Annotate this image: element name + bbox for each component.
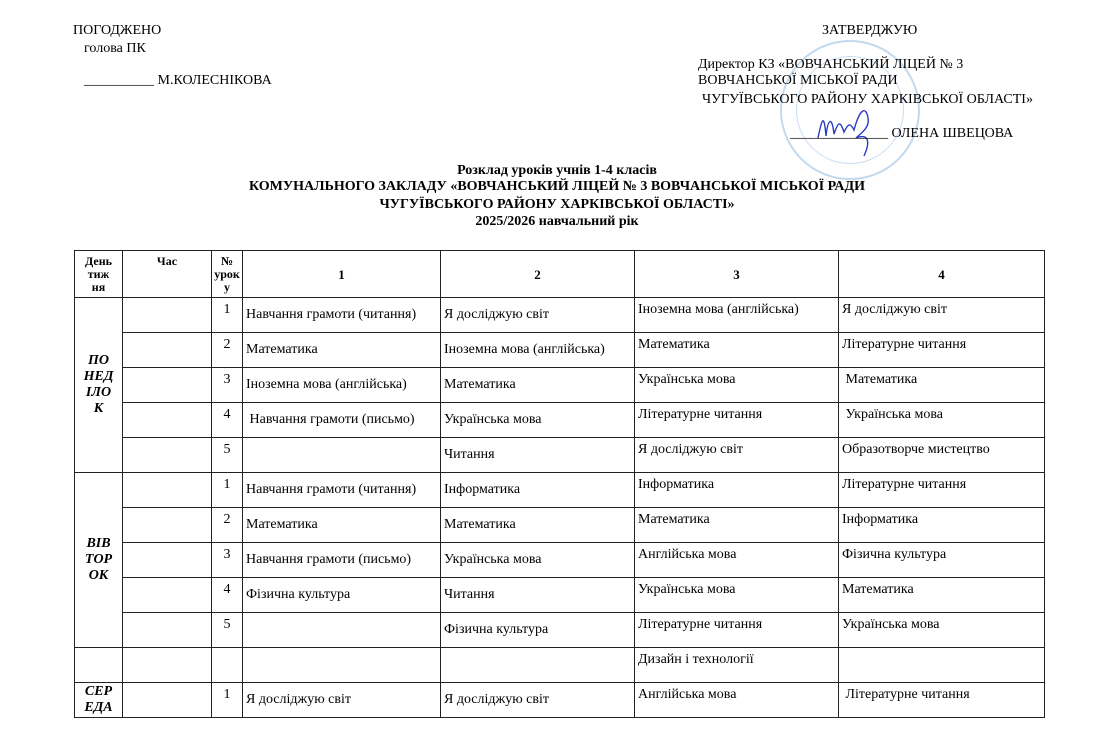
lesson-number: 4: [212, 578, 243, 613]
time-cell: [123, 473, 212, 508]
approval-right-line3: ЧУГУЇВСЬКОГО РАЙОНУ ХАРКІВСЬКОЇ ОБЛАСТІ»: [702, 92, 1033, 108]
class-2-subject: Я досліджую світ: [441, 298, 635, 333]
time-cell: [123, 298, 212, 333]
lesson-number: 1: [212, 683, 243, 718]
class-1-subject: Іноземна мова (англійська): [243, 368, 441, 403]
header-lesson-number: №уроку: [212, 251, 243, 298]
table-row: 5ЧитанняЯ досліджую світОбразотворче мис…: [75, 438, 1045, 473]
class-3-subject: Літературне читання: [635, 403, 839, 438]
class-1-subject: Навчання грамоти (письмо): [243, 403, 441, 438]
class-3-subject: Інформатика: [635, 473, 839, 508]
class-4-subject: [839, 648, 1045, 683]
class-1-subject: Математика: [243, 508, 441, 543]
lesson-number: 2: [212, 333, 243, 368]
class-4-subject: Фізична культура: [839, 543, 1045, 578]
approval-left-signature-line: __________ М.КОЛЕСНІКОВА: [84, 73, 272, 89]
class-4-subject: Я досліджую світ: [839, 298, 1045, 333]
class-2-subject: Математика: [441, 508, 635, 543]
class-2-subject: Українська мова: [441, 543, 635, 578]
class-1-subject: Я досліджую світ: [243, 683, 441, 718]
monday-section: ПОНЕДІЛОК1Навчання грамоти (читання)Я до…: [75, 298, 1045, 473]
tuesday-day-label: ВІВТОРОК: [75, 473, 123, 648]
empty-cell: [212, 648, 243, 683]
table-row: 2МатематикаМатематикаМатематикаІнформати…: [75, 508, 1045, 543]
class-2-subject: Я досліджую світ: [441, 683, 635, 718]
class-4-subject: Образотворче мистецтво: [839, 438, 1045, 473]
table-row: 3Іноземна мова (англійська)МатематикаУкр…: [75, 368, 1045, 403]
header-time: Час: [123, 251, 212, 298]
class-3-subject: Математика: [635, 508, 839, 543]
table-row: 2МатематикаІноземна мова (англійська)Мат…: [75, 333, 1045, 368]
header-class-4: 4: [839, 251, 1045, 298]
time-cell: [123, 683, 212, 718]
schedule-title: Розклад уроків учнів 1-4 класів: [0, 163, 1114, 179]
class-1-subject: [243, 613, 441, 648]
class-3-subject: Математика: [635, 333, 839, 368]
lesson-number: 1: [212, 298, 243, 333]
table-row: ПОНЕДІЛОК1Навчання грамоти (читання)Я до…: [75, 298, 1045, 333]
class-3-subject: Українська мова: [635, 578, 839, 613]
time-cell: [123, 543, 212, 578]
class-3-subject: Англійська мова: [635, 543, 839, 578]
approval-right-line2: ВОВЧАНСЬКОЇ МІСЬКОЇ РАДИ: [698, 73, 898, 89]
class-3-subject: Англійська мова: [635, 683, 839, 718]
empty-cell: [123, 648, 212, 683]
lesson-number: 3: [212, 368, 243, 403]
time-cell: [123, 508, 212, 543]
class-3-subject: Дизайн і технології: [635, 648, 839, 683]
approval-left-role: голова ПК: [84, 41, 146, 57]
class-1-subject: Навчання грамоти (читання): [243, 473, 441, 508]
time-cell: [123, 438, 212, 473]
time-cell: [123, 403, 212, 438]
extra-section: Дизайн і технології: [75, 648, 1045, 683]
table-row: 4 Навчання грамоти (письмо)Українська мо…: [75, 403, 1045, 438]
class-3-subject: Українська мова: [635, 368, 839, 403]
table-row: СЕРЕДА1Я досліджую світЯ досліджую світА…: [75, 683, 1045, 718]
header-class-3: 3: [635, 251, 839, 298]
header-row: Деньтижня Час №уроку 1 2 3 4: [75, 251, 1045, 298]
class-3-subject: Іноземна мова (англійська): [635, 298, 839, 333]
class-4-subject: Українська мова: [839, 403, 1045, 438]
approval-right-line1: Директор КЗ «ВОВЧАНСЬКИЙ ЛІЦЕЙ № 3: [698, 57, 963, 73]
class-2-subject: Читання: [441, 578, 635, 613]
class-1-subject: Навчання грамоти (письмо): [243, 543, 441, 578]
class-2-subject: Математика: [441, 368, 635, 403]
tuesday-section: ВІВТОРОК1Навчання грамоти (читання)Інфор…: [75, 473, 1045, 648]
class-4-subject: Інформатика: [839, 508, 1045, 543]
time-cell: [123, 333, 212, 368]
class-3-subject: Літературне читання: [635, 613, 839, 648]
school-name-line1: КОМУНАЛЬНОГО ЗАКЛАДУ «ВОВЧАНСЬКИЙ ЛІЦЕЙ …: [0, 179, 1114, 195]
approval-right-signature-line: ______________ ОЛЕНА ШВЕЦОВА: [790, 126, 1013, 142]
header-class-1: 1: [243, 251, 441, 298]
class-4-subject: Українська мова: [839, 613, 1045, 648]
time-cell: [123, 578, 212, 613]
class-4-subject: Літературне читання: [839, 473, 1045, 508]
class-4-subject: Математика: [839, 578, 1045, 613]
table-row: ВІВТОРОК1Навчання грамоти (читання)Інфор…: [75, 473, 1045, 508]
class-2-subject: Фізична культура: [441, 613, 635, 648]
wednesday-section: СЕРЕДА1Я досліджую світЯ досліджую світА…: [75, 683, 1045, 718]
lesson-number: 3: [212, 543, 243, 578]
lesson-number: 4: [212, 403, 243, 438]
lesson-number: 5: [212, 613, 243, 648]
approval-left-heading: ПОГОДЖЕНО: [73, 23, 161, 39]
empty-cell: [75, 648, 123, 683]
header-day: Деньтижня: [75, 251, 123, 298]
class-4-subject: Математика: [839, 368, 1045, 403]
class-3-subject: Я досліджую світ: [635, 438, 839, 473]
school-name-line2: ЧУГУЇВСЬКОГО РАЙОНУ ХАРКІВСЬКОЇ ОБЛАСТІ»: [0, 197, 1114, 213]
class-1-subject: Навчання грамоти (читання): [243, 298, 441, 333]
lesson-number: 1: [212, 473, 243, 508]
monday-day-label: ПОНЕДІЛОК: [75, 298, 123, 473]
class-2-subject: Інформатика: [441, 473, 635, 508]
time-cell: [123, 613, 212, 648]
schedule-table: Деньтижня Час №уроку 1 2 3 4 ПОНЕДІЛОК1Н…: [74, 250, 1045, 718]
class-1-subject: [243, 648, 441, 683]
class-1-subject: Фізична культура: [243, 578, 441, 613]
class-1-subject: [243, 438, 441, 473]
lesson-number: 2: [212, 508, 243, 543]
class-4-subject: Літературне читання: [839, 333, 1045, 368]
wednesday-day-label: СЕРЕДА: [75, 683, 123, 718]
table-row: Дизайн і технології: [75, 648, 1045, 683]
approval-right-heading: ЗАТВЕРДЖУЮ: [822, 23, 917, 39]
class-4-subject: Літературне читання: [839, 683, 1045, 718]
table-row: 5Фізична культураЛітературне читанняУкра…: [75, 613, 1045, 648]
class-2-subject: Українська мова: [441, 403, 635, 438]
lesson-number: 5: [212, 438, 243, 473]
class-1-subject: Математика: [243, 333, 441, 368]
table-row: 4Фізична культураЧитанняУкраїнська моваМ…: [75, 578, 1045, 613]
class-2-subject: [441, 648, 635, 683]
time-cell: [123, 368, 212, 403]
class-2-subject: Читання: [441, 438, 635, 473]
table-row: 3Навчання грамоти (письмо)Українська мов…: [75, 543, 1045, 578]
class-2-subject: Іноземна мова (англійська): [441, 333, 635, 368]
academic-year: 2025/2026 навчальний рік: [0, 214, 1114, 230]
header-class-2: 2: [441, 251, 635, 298]
